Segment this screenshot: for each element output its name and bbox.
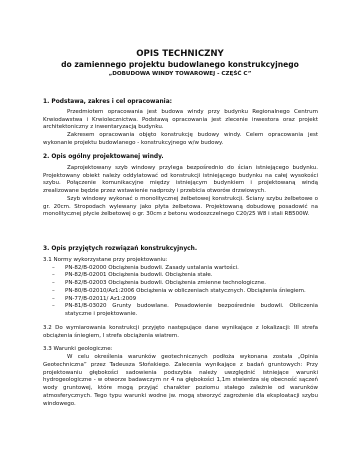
norm-item: PN-82/B-02000 Obciążenia budowli. Zasady… [43, 265, 318, 273]
norm-item: PN-82/B-02003 Obciążenia budowli. Obciąż… [43, 280, 318, 288]
section-3-3-heading: 3.3 Warunki geologiczne: [43, 346, 318, 354]
section-2: 2. Opis ogólny projektowanej windy. Zapr… [43, 154, 318, 219]
section-1-paragraph-2: Zakresem opracowania objęto konstrukcję … [43, 132, 318, 148]
norms-list: PN-82/B-02000 Obciążenia budowli. Zasady… [43, 265, 318, 319]
section-1: 1. Podstawa, zakres i cel opracowania: P… [43, 99, 318, 148]
norm-item: PN-81/B-03020 Grunty budowlane. Posadowi… [43, 303, 318, 319]
section-2-paragraph-2: Szyb windowy wykonać o monolitycznej żel… [43, 196, 318, 219]
section-1-paragraph-1: Przedmiotem opracowania jest budowa wind… [43, 109, 318, 132]
project-name: „DOBUDOWA WINDY TOWAROWEJ - CZĘŚĆ C” [0, 71, 360, 77]
norm-item: PN-80/B-02010/Az1:2006 Obciążenia w obli… [43, 288, 318, 296]
section-1-heading: 1. Podstawa, zakres i cel opracowania: [43, 99, 318, 107]
document-subtitle: do zamiennego projektu budowlanego konst… [0, 60, 360, 69]
section-3-2-text: 3.2 Do wymiarowania konstrukcji przyjęto… [43, 325, 318, 341]
section-3: 3. Opis przyjętych rozwiązań konstrukcyj… [43, 246, 318, 408]
document-title: OPIS TECHNICZNY [0, 49, 360, 59]
section-2-heading: 2. Opis ogólny projektowanej windy. [43, 154, 318, 162]
section-3-1-heading: 3.1 Normy wykorzystane przy projektowani… [43, 257, 318, 265]
section-3-heading: 3. Opis przyjętych rozwiązań konstrukcyj… [43, 246, 318, 254]
section-3-3-paragraph: W celu określenia warunków geotechniczny… [43, 354, 318, 408]
section-2-paragraph-1: Zaprojektowany szyb windowy przylega bez… [43, 165, 318, 196]
norm-item: PN-82/B-02001 Obciążenia budowli. Obciąż… [43, 272, 318, 280]
